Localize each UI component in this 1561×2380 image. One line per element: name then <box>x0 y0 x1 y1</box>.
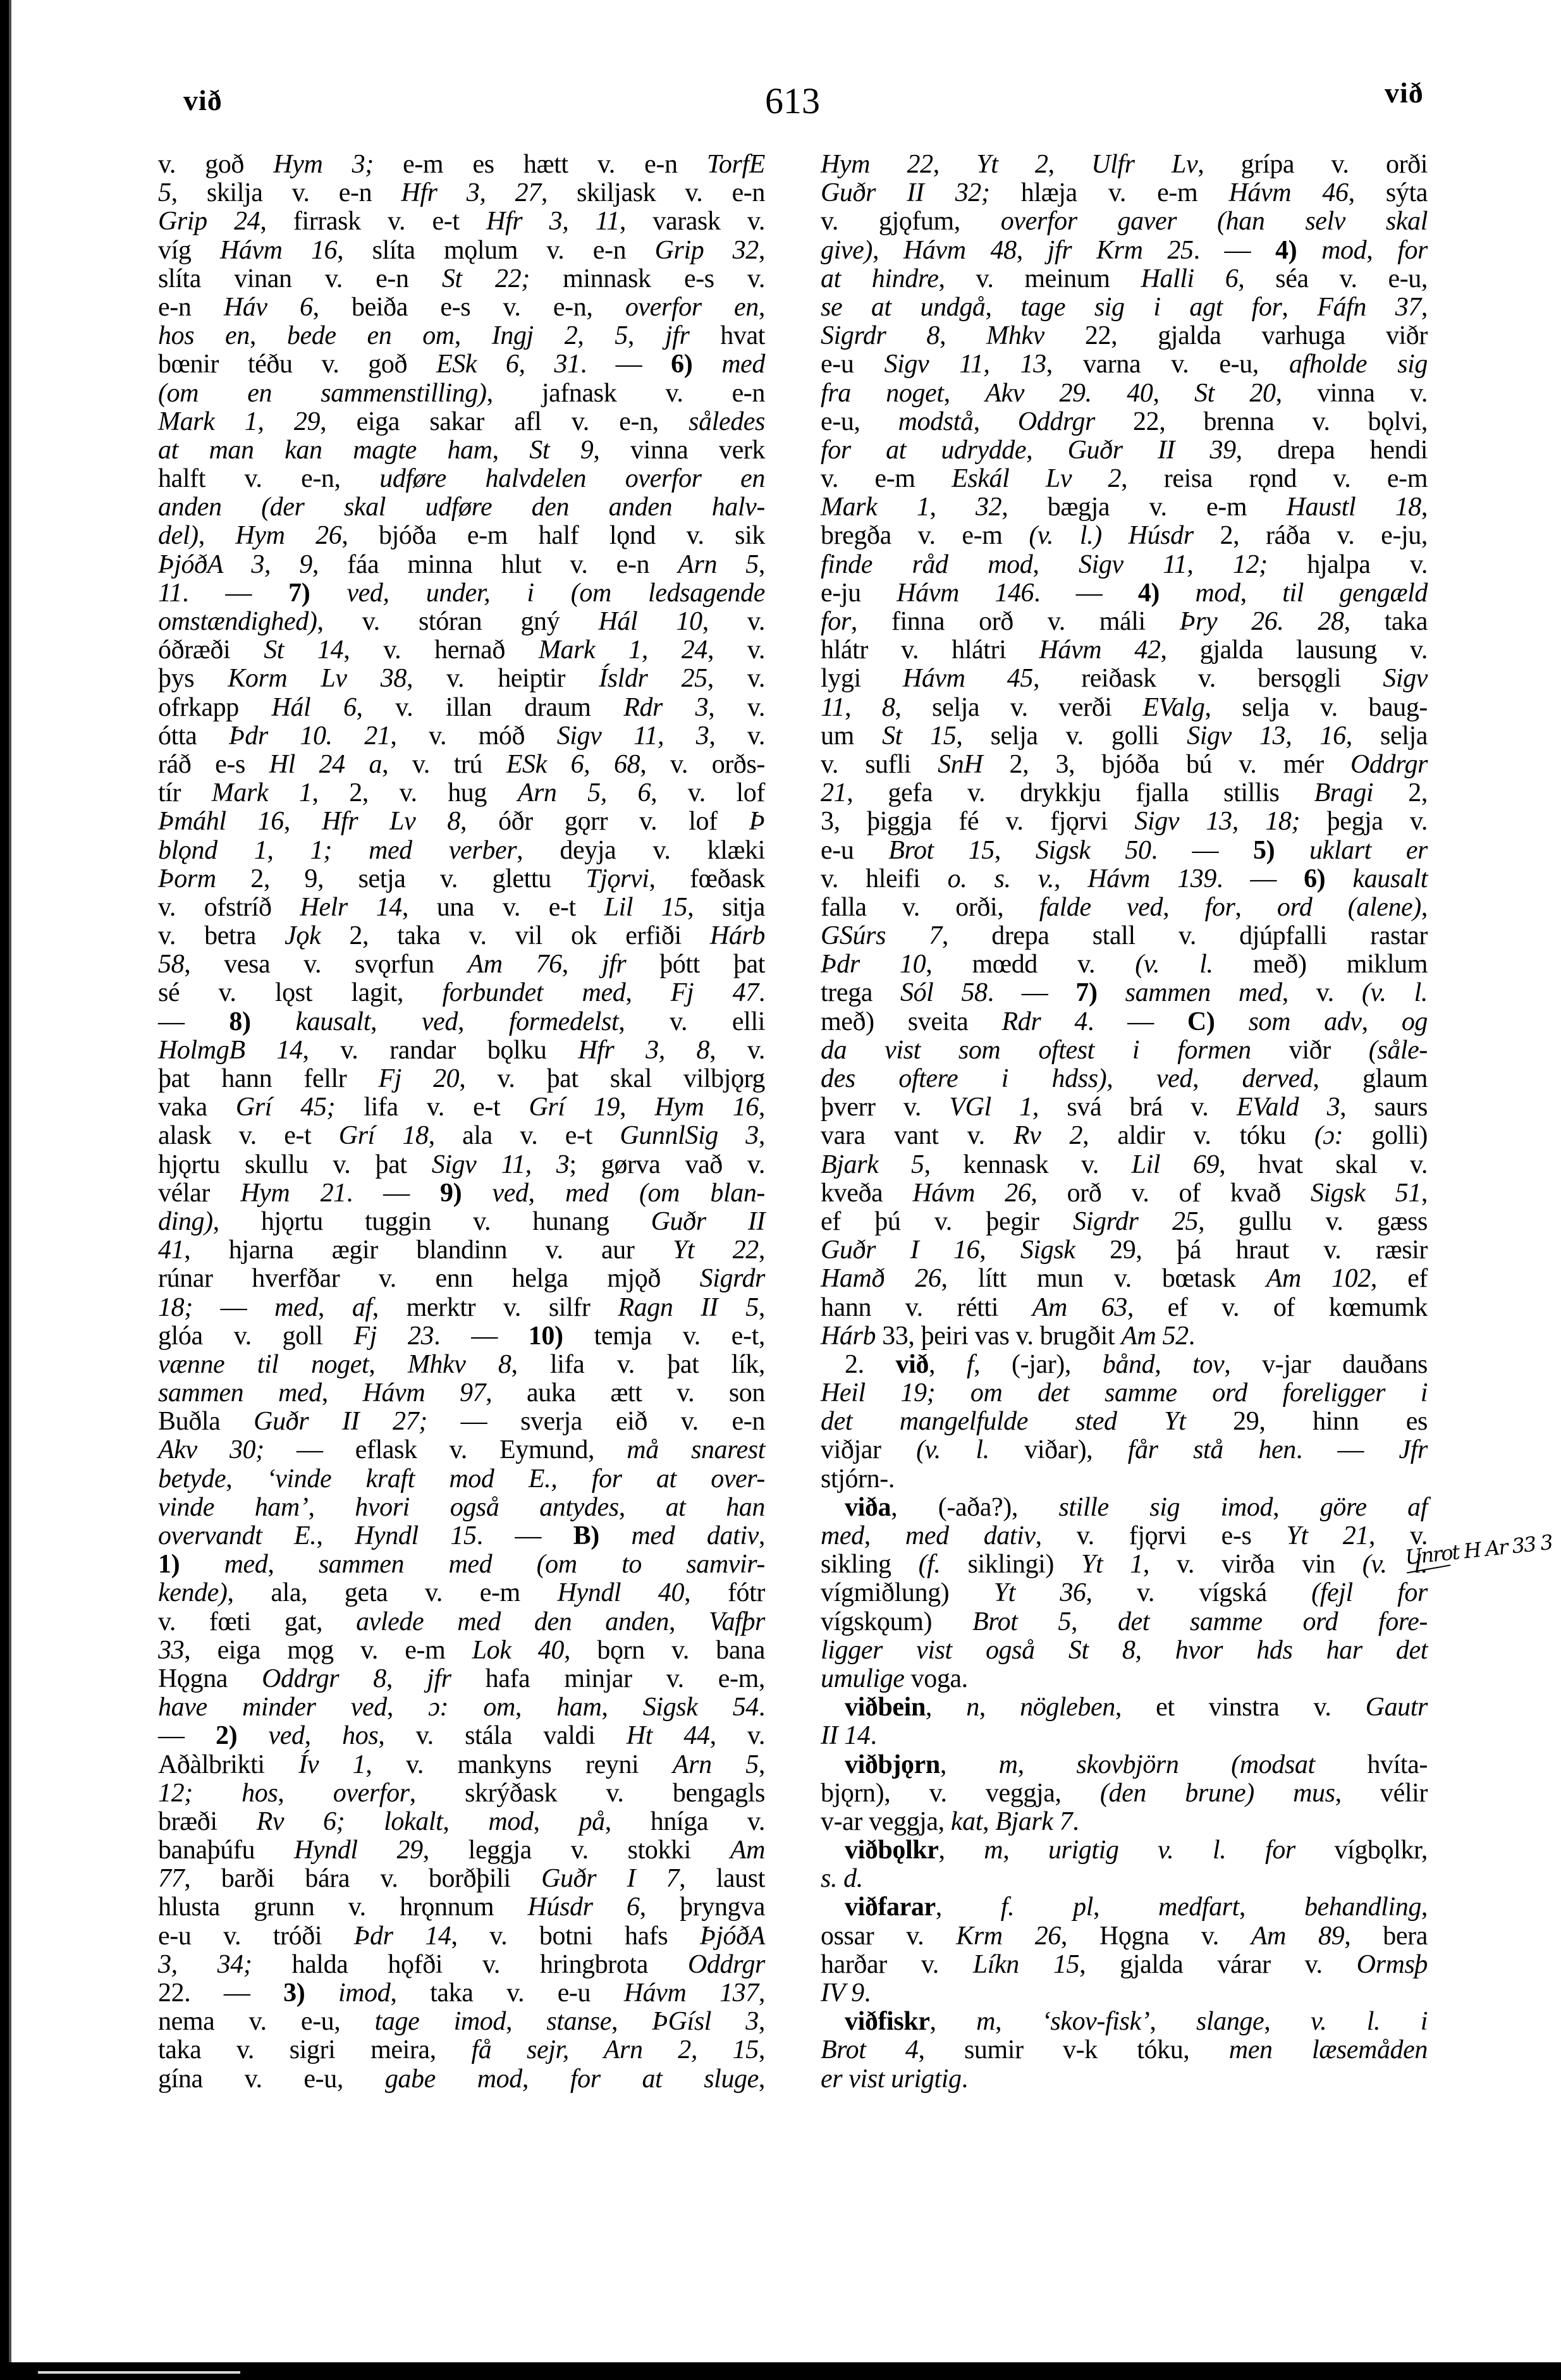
roman-text: , <box>759 236 765 265</box>
roman-text: . — <box>1151 836 1253 865</box>
italic-text: Mark 1 <box>821 493 929 522</box>
text-line: sikling (f. siklingi) Yt 1, v. virða vin… <box>821 1550 1428 1579</box>
roman-text: . <box>864 1978 871 2008</box>
roman-text: 2. <box>845 1350 896 1379</box>
italic-text: (fejl for <box>1311 1578 1428 1607</box>
roman-text: 22. — <box>158 1978 283 2008</box>
roman-text: , v. elli <box>618 1007 765 1036</box>
text-line: v. ofstríð Helr 14, una v. e-t Lil 15, s… <box>158 893 765 922</box>
roman-text: , <box>759 1750 765 1779</box>
roman-text: sé v. lǫst lagit, <box>158 978 442 1007</box>
roman-text: , <box>939 1836 984 1865</box>
roman-text: viðr <box>1251 1036 1369 1065</box>
italic-text: Þ <box>749 807 765 836</box>
italic-text: Am <box>730 1836 765 1865</box>
italic-text: 3, 34; <box>158 1950 252 1979</box>
roman-text: , <box>1362 1007 1402 1036</box>
roman-text: halft v. e-n, <box>158 464 379 493</box>
roman-text: Buðla <box>158 1407 254 1436</box>
italic-text: EVald 3 <box>1237 1093 1340 1122</box>
italic-text: Gautr <box>1366 1693 1428 1722</box>
text-line: stjórn-. <box>821 1465 1428 1494</box>
roman-text: , kennask v. <box>924 1150 1132 1179</box>
italic-text: Yt 36 <box>994 1578 1086 1607</box>
text-line: Þmáhl 16, Hfr Lv 8, óðr gǫrr v. lof Þ <box>158 807 765 836</box>
page-number: 613 <box>765 80 820 122</box>
roman-text: voga. <box>905 1664 968 1693</box>
italic-text: VGl 1 <box>949 1093 1032 1122</box>
roman-text: , et vinstra v. <box>1115 1693 1366 1722</box>
roman-text: , v. heiptir <box>407 664 599 693</box>
text-line: v. sufli SnH 2, 3, bjóða bú v. mér Oddrg… <box>821 751 1428 779</box>
roman-text: hlátr v. hlátri <box>821 635 1039 665</box>
roman-text: , <box>1273 1493 1320 1522</box>
roman-text: , <box>1163 893 1204 922</box>
italic-text: have minder ved <box>158 1693 387 1722</box>
roman-text: , v-jar dauðans <box>1224 1350 1428 1379</box>
roman-text: ossar v. <box>821 1922 956 1951</box>
roman-text: . — <box>434 1322 529 1351</box>
roman-text: . — <box>346 1179 440 1208</box>
roman-text: , <box>267 1550 318 1579</box>
roman-text: , vélir <box>1335 1779 1428 1808</box>
text-line: Heil 19; om det samme ord foreligger i <box>821 1379 1428 1408</box>
roman-text: 2, <box>1373 778 1428 807</box>
italic-text: jfr Krm 25 <box>1048 236 1194 265</box>
roman-text: . <box>759 978 765 1007</box>
italic-text: (f. <box>919 1550 941 1579</box>
bold-text: B) <box>573 1521 599 1550</box>
text-line: blǫnd 1, 1; med verber, deyja v. klæki <box>158 837 765 865</box>
roman-text: , <box>1018 1750 1077 1779</box>
italic-text: Hávm 146 <box>897 579 1034 608</box>
roman-text: , <box>759 1121 765 1150</box>
text-line: del), Hym 26, bjóða e-m half lǫnd v. sik <box>158 522 765 550</box>
text-line: ding), hjǫrtu tuggin v. hunang Guðr II <box>158 1208 765 1236</box>
italic-text: Hym 22 <box>821 150 933 179</box>
text-line: slíta vinan v. e-n St 22; minnask e-s v. <box>158 265 765 293</box>
italic-text: Mark 1, 24 <box>539 635 707 665</box>
italic-text: Rv 6; lokalt <box>257 1807 443 1836</box>
roman-text: , <box>1240 579 1283 608</box>
roman-text: , <box>1421 493 1428 522</box>
roman-text: v. ofstríð <box>158 893 300 922</box>
italic-text: stille sig imod <box>1058 1493 1273 1522</box>
roman-text: , sitja <box>687 893 765 922</box>
text-line: óðræði St 14, v. hernað Mark 1, 24, v. <box>158 636 765 665</box>
italic-text: Tjǫrvi <box>585 864 649 893</box>
roman-text <box>599 1521 632 1550</box>
text-line: v. goð Hym 3; e-m es hætt v. e-n TorfE <box>158 150 765 179</box>
roman-text: 2, ráða v. e-ju, <box>1194 521 1428 550</box>
italic-text: Hym 21 <box>240 1179 346 1208</box>
text-line: ligger vist også St 8, hvor hds har det <box>821 1636 1428 1665</box>
italic-text: overfor en <box>625 293 759 322</box>
text-line: þverr v. VGl 1, svá brá v. EVald 3, saur… <box>821 1093 1428 1122</box>
roman-text: , <box>759 2035 765 2064</box>
roman-text: . <box>870 1721 876 1750</box>
italic-text: kausalt <box>295 1007 370 1036</box>
italic-text: Ragn II 5 <box>618 1293 759 1322</box>
italic-text: Lil 69 <box>1132 1150 1219 1179</box>
italic-text: Hávm 45 <box>903 664 1033 693</box>
roman-text: v. gjǫfum, <box>821 207 1001 236</box>
italic-text: Grí 45; <box>236 1093 335 1122</box>
italic-text: Akv 29. 40 <box>985 379 1153 408</box>
roman-text: . — <box>1194 236 1275 265</box>
italic-text: Sigv 13, 18; <box>1134 807 1300 836</box>
roman-text: siklingi) <box>941 1550 1081 1579</box>
italic-text: Sigv 11, 13 <box>885 350 1046 379</box>
roman-text: , <box>979 1693 1020 1722</box>
roman-text: e-u <box>821 836 888 865</box>
roman-text: , <box>1026 436 1067 465</box>
roman-text: . — <box>477 1521 573 1550</box>
roman-text: . — <box>182 579 288 608</box>
italic-text: ved <box>1156 1064 1192 1093</box>
roman-text: viðjar <box>821 1435 916 1464</box>
italic-text: forbundet med <box>442 978 625 1007</box>
roman-text: , hníga v. <box>605 1807 765 1836</box>
text-line: umulige voga. <box>821 1665 1428 1693</box>
text-line: um St 15, selja v. golli Sigv 13, 16, se… <box>821 722 1428 751</box>
text-line: glóa v. goll Fj 23. — 10) temja v. e-t, <box>158 1322 765 1351</box>
roman-text: , <box>1149 2007 1196 2036</box>
roman-text: , <box>1192 1064 1242 1093</box>
roman-text: , taka <box>1344 607 1428 636</box>
italic-text: Hym 16 <box>654 1093 759 1122</box>
roman-text: þverr v. <box>821 1093 949 1122</box>
roman-text: , grípa v. orði <box>1197 150 1428 179</box>
italic-text: betyde <box>158 1464 226 1494</box>
italic-text: Am 63 <box>1032 1293 1127 1322</box>
bold-text: 7) <box>288 579 310 608</box>
italic-text: Fj 47 <box>671 978 759 1007</box>
text-line: bræði Rv 6; lokalt, mod, på, hníga v. <box>158 1808 765 1836</box>
italic-text: Yt 21 <box>1286 1521 1368 1550</box>
italic-text: Brot 4 <box>821 2035 919 2064</box>
roman-text <box>692 350 721 379</box>
roman-text: 2, taka v. vil ok erfiði <box>321 921 710 950</box>
roman-text: , v. vígská <box>1086 1578 1312 1607</box>
roman-text: lifa v. e-t <box>335 1093 529 1122</box>
italic-text: Grí 19 <box>529 1093 620 1122</box>
italic-text: St 20 <box>1194 379 1276 408</box>
italic-text: Hál 6 <box>271 693 356 722</box>
roman-text: , v. <box>1282 978 1362 1007</box>
italic-text: som adv <box>1249 1007 1362 1036</box>
roman-text: , <box>940 1750 999 1779</box>
italic-text: Þdr 14 <box>354 1922 451 1951</box>
roman-text: glóa v. goll <box>158 1322 353 1351</box>
text-line: Bjark 5, kennask v. Lil 69, hvat skal v. <box>821 1151 1428 1179</box>
roman-text: víg <box>158 236 220 265</box>
roman-text: , firrask v. e-t <box>260 207 486 236</box>
roman-text: , v. <box>708 693 765 722</box>
text-line: rúnar hverfðar v. enn helga mjǫð Sigrdr <box>158 1265 765 1293</box>
roman-text: , <box>455 321 492 350</box>
roman-text: hjǫrtu skullu v. þat <box>158 1150 432 1179</box>
italic-text: Guðr I 16 <box>821 1236 979 1265</box>
text-line: II 14. <box>821 1722 1428 1750</box>
roman-text: minnask e-s v. <box>530 264 765 293</box>
italic-text: for <box>1205 893 1235 922</box>
roman-text: hlusta grunn v. hrǫnnum <box>158 1892 528 1922</box>
roman-text: v-ar veggja, <box>821 1807 951 1836</box>
italic-text: m <box>976 2007 995 2036</box>
italic-text: Þmáhl 16 <box>158 807 284 836</box>
roman-text: , v. fjǫrvi e-s <box>1036 1521 1287 1550</box>
italic-text: Helr 14 <box>300 893 401 922</box>
roman-text: , eiga sakar afl v. e-n, <box>320 407 689 436</box>
roman-text: , slíta mǫlum v. e-n <box>337 236 654 265</box>
text-line: 12; hos, overfor, skrýðask v. bengagls <box>158 1779 765 1808</box>
roman-text: , séa v. e-u, <box>1238 264 1428 293</box>
text-line: Mark 1, 32, bægja v. e-m Haustl 18, <box>821 493 1428 522</box>
roman-text: , v. trú <box>382 750 506 779</box>
text-line: 1) med, sammen med (om to samvir- <box>158 1550 765 1579</box>
italic-text: Sigv <box>1383 664 1428 693</box>
italic-text: sammen med <box>1125 978 1282 1007</box>
text-line: — 2) ved, hos, v. stála valdi Ht 44, v. <box>158 1722 765 1750</box>
roman-text: e-u <box>821 350 885 379</box>
roman-text: golli) <box>1343 1121 1428 1150</box>
text-line: Þdr 10, mœdd v. (v. l. með) miklum <box>821 950 1428 979</box>
roman-text: , <box>1054 864 1087 893</box>
italic-text: Hávm 97 <box>363 1378 486 1408</box>
roman-text: vara vant v. <box>821 1121 1013 1150</box>
roman-text: . — <box>1087 1007 1187 1036</box>
roman-text: , sýta <box>1349 178 1428 207</box>
text-line: er vist urigtig. <box>821 2065 1428 2094</box>
italic-text: jfr <box>665 321 689 350</box>
italic-text: Hávm 48 <box>903 236 1017 265</box>
text-line: Brot 4, sumir v-k tóku, men læsemåden <box>821 2036 1428 2064</box>
italic-text: 11 <box>821 693 845 722</box>
italic-text: da vist som oftest i formen <box>821 1036 1251 1065</box>
text-line: þat hann fellr Fj 20, v. þat skal vilbjǫ… <box>158 1065 765 1093</box>
text-line: tír Mark 1, 2, v. hug Arn 5, 6, v. lof <box>158 779 765 807</box>
italic-text: SnH <box>938 750 983 779</box>
italic-text: jfr <box>602 950 626 979</box>
italic-text: Akv 30; <box>158 1435 264 1464</box>
italic-text: formedelst <box>509 1007 618 1036</box>
italic-text: m <box>999 1750 1018 1779</box>
text-line: þys Korm Lv 38, v. heiptir Ísldr 25, v. <box>158 665 765 693</box>
bold-text: C) <box>1187 1007 1215 1036</box>
italic-text: Oddrgr 8 <box>262 1664 386 1693</box>
roman-text: , <box>601 1693 642 1722</box>
roman-text: , óðr gǫrr v. lof <box>460 807 749 836</box>
roman-text: 22, gjalda varhuga viðr <box>1044 321 1428 350</box>
italic-text: Brot 15 <box>888 836 995 865</box>
italic-text: ESk 6, 31 <box>436 350 580 379</box>
italic-text: medfart <box>1158 1892 1239 1922</box>
bold-text: 4) <box>1138 579 1160 608</box>
italic-text: ɔ: om <box>428 1693 515 1722</box>
roman-text: , ala, geta v. e-m <box>228 1578 558 1607</box>
roman-text: , v. stóran gný <box>317 607 598 636</box>
italic-text: o. s. v. <box>948 864 1054 893</box>
text-line: Akv 30; — eflask v. Eymund, må snarest <box>158 1436 765 1464</box>
text-line: — 8) kausalt, ved, formedelst, v. elli <box>158 1008 765 1036</box>
text-line: v. fœti gat, avlede med den anden, Vafþr <box>158 1608 765 1636</box>
roman-text <box>180 1550 224 1579</box>
roman-text: , <box>929 493 976 522</box>
roman-text: , gullu v. gæss <box>1198 1207 1428 1236</box>
roman-text: , finna orð v. máli <box>851 607 1180 636</box>
italic-text: Guðr I 7 <box>541 1864 679 1893</box>
italic-text: Guðr II 27; <box>254 1407 427 1436</box>
roman-text: harðar v. <box>821 1950 973 1979</box>
roman-text: um <box>821 721 882 751</box>
roman-text: , vesa v. svǫrfun <box>184 950 467 979</box>
roman-text: trega <box>821 978 900 1007</box>
italic-text: Sigv 11, 3 <box>557 721 709 751</box>
italic-text: Arn 5 <box>673 1750 759 1779</box>
italic-text: Rdr 3 <box>623 693 708 722</box>
italic-text: at hindre <box>821 264 938 293</box>
italic-text: Ulfr Lv <box>1091 150 1197 179</box>
roman-text: , <box>628 321 665 350</box>
roman-text: , Hǫgna v. <box>1061 1922 1251 1951</box>
roman-text <box>1297 236 1321 265</box>
italic-text: (den brune) mus <box>1100 1779 1335 1808</box>
text-line: viðbǫlkr, m, urigtig v. l. for vígbǫlkr, <box>821 1836 1428 1865</box>
roman-text: 2, 3, bjóða bú v. mér <box>983 750 1350 779</box>
italic-text: må snarest <box>627 1435 765 1464</box>
roman-text: viðar), <box>989 1435 1128 1464</box>
italic-text: (ɔ: <box>1314 1121 1343 1150</box>
text-line: des oftere i hdss), ved, derved, glaum <box>821 1065 1428 1093</box>
italic-text: for <box>1397 236 1428 265</box>
text-column-right: Hym 22, Yt 2, Ulfr Lv, grípa v. orðiGuðr… <box>821 150 1428 2094</box>
roman-text: , v. <box>702 607 765 636</box>
italic-text: afholde sig <box>1289 350 1428 379</box>
roman-text: bjǫrn), v. veggja, <box>821 1779 1100 1808</box>
text-line: omstændighed), v. stóran gný Hál 10, v. <box>158 608 765 636</box>
italic-text: Hárb <box>821 1322 876 1351</box>
roman-text: , selja v. verði <box>895 693 1142 722</box>
italic-text: Mhkv 8 <box>408 1350 511 1379</box>
italic-text: Haustl 18 <box>1287 493 1421 522</box>
italic-text: det samme ord fore- <box>1118 1607 1428 1636</box>
italic-text: Am 102 <box>1266 1264 1371 1293</box>
roman-text: 22, brenna v. bǫlvi, <box>1095 407 1428 436</box>
roman-text: , una v. e-t <box>402 893 604 922</box>
text-line: ossar v. Krm 26, Hǫgna v. Am 89, bera <box>821 1922 1428 1951</box>
italic-text: Vafþr <box>709 1607 765 1636</box>
roman-text: , selja v. baug- <box>1205 693 1428 722</box>
italic-text: Hyndl 15 <box>355 1521 477 1550</box>
italic-text: v. l. i <box>1311 2007 1428 2036</box>
roman-text: v. goð <box>158 150 273 179</box>
text-line: 41, hjarna ægir blandinn v. aur Yt 22, <box>158 1236 765 1265</box>
italic-text: TorfE <box>707 150 765 179</box>
italic-text: anden (der skal udføre den anden halv- <box>158 493 765 522</box>
italic-text: Sól 58 <box>900 978 988 1007</box>
roman-text: , v. virða vin <box>1143 1550 1362 1579</box>
roman-text: með) sveita <box>821 1007 1001 1036</box>
roman-text: vaka <box>158 1093 236 1122</box>
bold-text: viðfarar <box>845 1892 936 1922</box>
italic-text: Ísldr 25 <box>599 664 707 693</box>
text-line: banaþúfu Hyndl 29, leggja v. stokki Am <box>158 1836 765 1865</box>
roman-text: bræði <box>158 1807 257 1836</box>
text-line: vígmiðlung) Yt 36, v. vígská (fejl for <box>821 1579 1428 1607</box>
text-line: det mangelfulde sted Yt 29, hinn es <box>821 1408 1428 1436</box>
roman-text: , barði bára v. borðþili <box>184 1864 541 1893</box>
text-line: e-u, modstå, Oddrgr 22, brenna v. bǫlvi, <box>821 408 1428 436</box>
roman-text: hjalpa v. <box>1268 550 1428 579</box>
roman-text <box>1325 864 1352 893</box>
italic-text: Am 89 <box>1251 1922 1344 1951</box>
text-line: 21, gefa v. drykkju fjalla stillis Bragi… <box>821 779 1428 807</box>
roman-text: , hjǫrtu tuggin v. hunang <box>213 1207 651 1236</box>
italic-text: Hamð 26 <box>821 1264 941 1293</box>
italic-text: Guðr II 39 <box>1068 436 1236 465</box>
italic-text: Lok 40 <box>472 1636 564 1665</box>
italic-text: og <box>1402 1007 1428 1036</box>
roman-text: . <box>962 2064 968 2094</box>
italic-text: ord (alene) <box>1277 893 1421 922</box>
italic-text: udføre halvdelen overfor en <box>379 464 765 493</box>
italic-text: 18; <box>158 1293 193 1322</box>
roman-text: kveða <box>821 1179 912 1208</box>
italic-text: Mark 1 <box>212 778 312 807</box>
italic-text: St 9 <box>529 436 593 465</box>
italic-text: med <box>224 1550 268 1579</box>
italic-text: give) <box>821 236 872 265</box>
roman-text: e-ju <box>821 579 897 608</box>
roman-text: , <box>611 2007 652 2036</box>
italic-text: Am 76 <box>467 950 561 979</box>
italic-text: Hyndl 29 <box>294 1836 423 1865</box>
italic-text: Þry 26. 28 <box>1180 607 1344 636</box>
italic-text: af <box>352 1293 372 1322</box>
roman-text: , v. orðs- <box>640 750 765 779</box>
italic-text: Bragi <box>1314 778 1374 807</box>
italic-text: Mark 1, 29 <box>158 407 320 436</box>
roman-text: , 2, v. hug <box>312 778 517 807</box>
roman-text <box>1098 978 1125 1007</box>
roman-text: bœnir téðu v. goð <box>158 350 436 379</box>
roman-text: . <box>759 1693 765 1722</box>
roman-text: e-u v. tróði <box>158 1922 354 1951</box>
text-line: se at undgå, tage sig i agt for, Fáfn 37… <box>821 293 1428 322</box>
italic-text: finde råd mod <box>821 550 1032 579</box>
roman-text: , <box>199 521 236 550</box>
roman-text: , hvat skal v. <box>1219 1150 1428 1179</box>
italic-text: Hávm 42 <box>1039 635 1161 665</box>
italic-text: Grí 18 <box>339 1121 429 1150</box>
italic-text: at man kan magte ham <box>158 436 493 465</box>
italic-text: Halli 6 <box>1141 264 1238 293</box>
italic-text: Jǫk <box>285 921 321 950</box>
italic-text: Hl 24 a <box>269 750 382 779</box>
roman-text: , fótr <box>684 1578 765 1607</box>
italic-text: falde ved <box>1039 893 1163 922</box>
italic-text: ved, under, i (om ledsagende <box>346 579 765 608</box>
italic-text: göre af <box>1320 1493 1428 1522</box>
italic-text: Hávm 46 <box>1228 178 1348 207</box>
italic-text: HolmgB 14 <box>158 1036 303 1065</box>
roman-text: v. sufli <box>821 750 938 779</box>
roman-text: , <box>1421 893 1428 922</box>
roman-text: , selja <box>1346 721 1428 751</box>
roman-text: Aðàlbrikti <box>158 1750 298 1779</box>
text-line: með) sveita Rdr 4. — C) som adv, og <box>821 1008 1428 1036</box>
